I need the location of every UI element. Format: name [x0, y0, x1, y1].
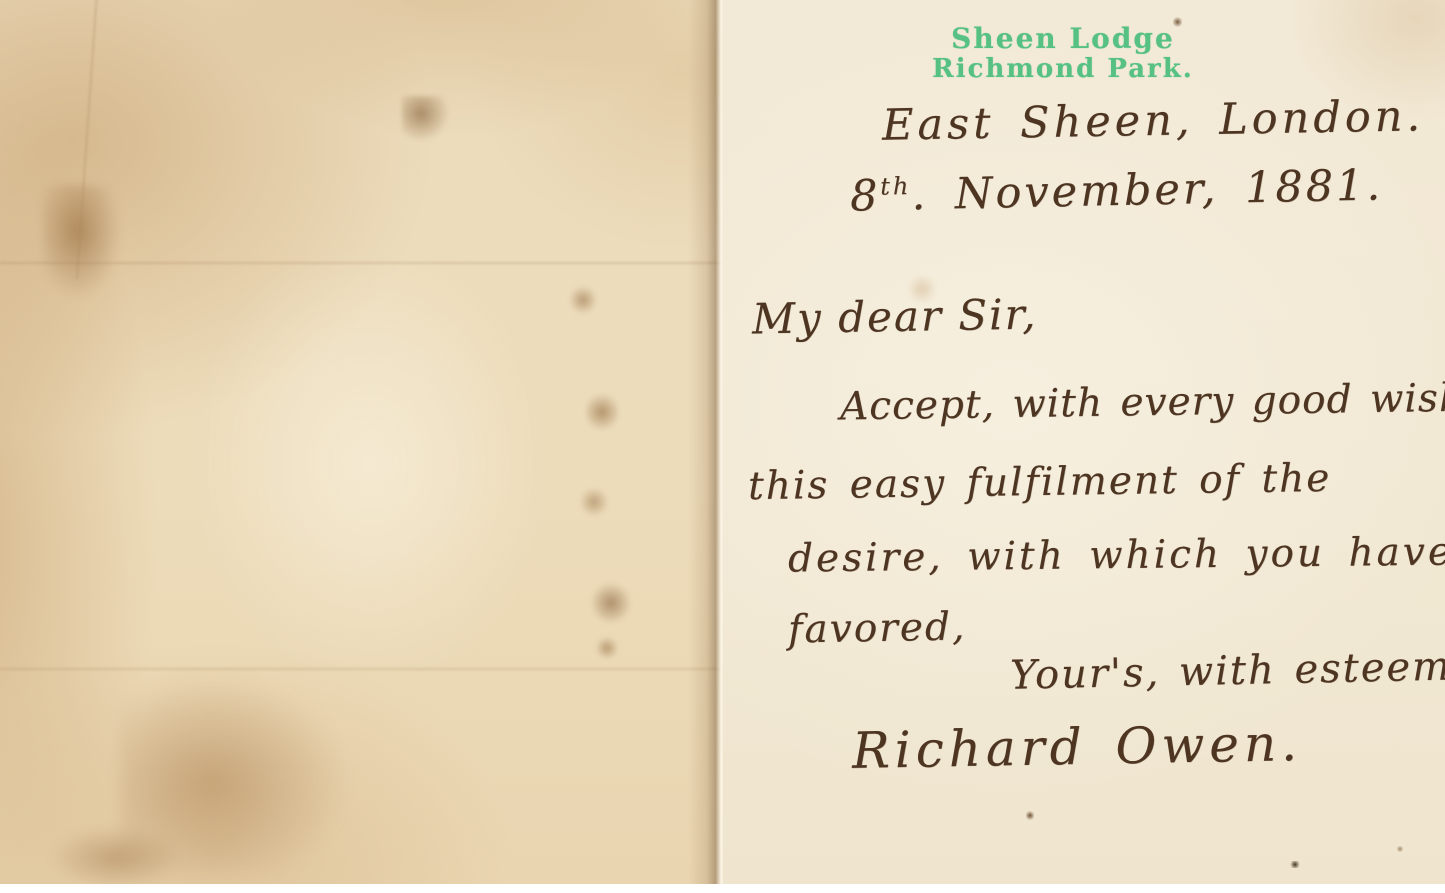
paper-impression — [205, 258, 535, 668]
paper-stain — [568, 286, 598, 314]
paper-stain — [596, 636, 618, 660]
letterhead-line2: Richmond Park. — [863, 55, 1263, 84]
fold-crease-diagonal — [76, 0, 98, 280]
date-rest: . November, 1881. — [911, 160, 1384, 220]
body-line: Accept, with every good wish, — [840, 376, 1445, 430]
letter-scan: Sheen Lodge Richmond Park. East Sheen, L… — [0, 0, 1445, 893]
paper-stain — [580, 486, 608, 518]
date-day: 8 — [850, 171, 881, 222]
place-line: East Sheen, London. — [882, 91, 1425, 150]
paper-stain — [120, 672, 350, 872]
paper-stain — [42, 185, 122, 300]
signature: Richard Owen. — [852, 714, 1303, 780]
scan-edge — [0, 884, 1445, 893]
left-page — [0, 0, 723, 886]
closing-line: Your's, with esteem, — [1010, 643, 1445, 699]
letterhead-line1: Sheen Lodge — [863, 24, 1263, 55]
fold-crease-horizontal — [0, 668, 723, 670]
date-day-suffix: th — [880, 172, 912, 201]
paper-stain — [50, 826, 180, 890]
salutation: My dear Sir, — [752, 290, 1038, 344]
body-line: desire, with which you have — [788, 530, 1445, 582]
fold-crease-horizontal — [0, 262, 723, 264]
letterhead: Sheen Lodge Richmond Park. — [863, 24, 1263, 83]
paper-stain — [402, 96, 450, 146]
paper-stain — [586, 390, 618, 434]
body-line: this easy fulfilment of the — [748, 456, 1332, 509]
paper-stain — [592, 580, 630, 626]
body-line: favored, — [788, 604, 967, 652]
